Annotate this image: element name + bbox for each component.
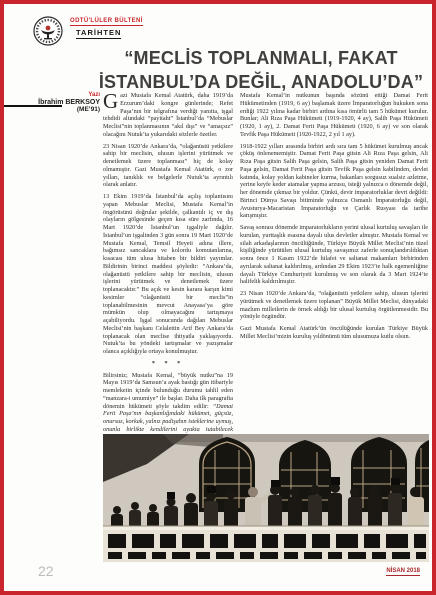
drop-cap: G [103, 92, 120, 110]
page-number: 22 [38, 563, 54, 579]
paragraph: 1918-1922 yılları arasında birbiri ardı … [240, 143, 428, 221]
article-column-2: Mustafa Kemal’in nutkunun başında sözünü… [240, 92, 428, 434]
paragraph: 23 Nisan 1920’de Ankara’da, “olağanüstü … [103, 143, 233, 190]
author-class-info: (ME’91) [10, 106, 100, 113]
paragraph: Bilirsiniz; Mustafa Kemal, “büyük nutku”… [103, 372, 233, 435]
article-title: “MECLİS TOPLANMALI, FAKAT İSTANBUL’DA DE… [96, 46, 426, 95]
paragraph: 13 Ekim 1919’da İstanbul’da açılış topla… [103, 193, 233, 356]
section-label-tarihten: TARİHTEN [76, 28, 121, 39]
paragraph: Gazi Mustafa Kemal Atatürk’ün öncülüğünd… [240, 325, 428, 341]
alumni-association-emblem-icon [32, 15, 64, 47]
section-separator: * * * [103, 360, 233, 368]
paragraph: Mustafa Kemal’in nutkunun başında sözünü… [240, 92, 428, 139]
author-label: Yazı [10, 92, 100, 98]
article-title-line2: İSTANBUL’DA DEĞİL, ANADOLU’DA” [96, 70, 426, 94]
author-block: Yazı İbrahim BERKSOY (ME’91) [10, 92, 100, 113]
magazine-page: ODTÜ'LÜLER BÜLTENİ TARİHTEN “MECLİS TOPL… [0, 0, 436, 595]
article-column-1: Gazi Mustafa Kemal Atatürk, daha 1919’da… [103, 92, 233, 434]
issue-date: NİSAN 2018 [386, 568, 420, 576]
article-title-line1: “MECLİS TOPLANMALI, FAKAT [96, 46, 426, 70]
paragraph: 23 Nisan 1920’de Ankara’da, “olağanüstü … [240, 290, 428, 321]
author-name: İbrahim BERKSOY [10, 99, 100, 106]
paragraph: Savaş sonrası dönemde imparatorlukların … [240, 224, 428, 286]
paragraph-text: azi Mustafa Kemal Atatürk, daha 1919’da … [103, 92, 233, 138]
magazine-brand: ODTÜ'LÜLER BÜLTENİ [70, 18, 143, 26]
historical-photo-grand-national-assembly [103, 434, 429, 562]
paragraph: Gazi Mustafa Kemal Atatürk, daha 1919’da… [103, 92, 233, 139]
